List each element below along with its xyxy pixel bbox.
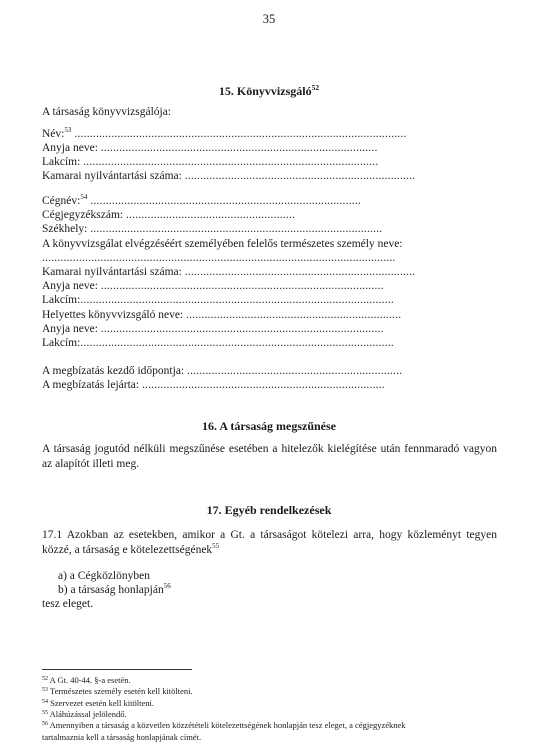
- list-item-text: b) a társaság honlapján: [58, 584, 164, 596]
- field-label: A megbízatás kezdő időpontja:: [42, 365, 187, 377]
- field-label: Kamarai nyilvántartási száma:: [42, 170, 185, 182]
- footnote: 52 A Gt. 40-44. §-a esetén.: [42, 675, 131, 685]
- field-label: Kamarai nyilvántartási száma:: [42, 266, 185, 278]
- section-17-closing: tesz eleget.: [42, 598, 93, 611]
- field-label: Anyja neve:: [42, 142, 101, 154]
- footnote: 55 Aláhúzással jelölendő.: [42, 709, 127, 719]
- footnote-number: 53: [42, 687, 48, 693]
- form-field[interactable]: Anyja neve: ............................…: [42, 142, 378, 155]
- form-field[interactable]: A megbízatás kezdő időpontja: ..........…: [42, 365, 402, 378]
- form-field[interactable]: Helyettes könyvvizsgáló neve: ..........…: [42, 309, 401, 322]
- form-field[interactable]: Kamarai nyilvántartási száma: ..........…: [42, 170, 415, 183]
- footnote-ref: 56: [164, 582, 171, 590]
- fill-in-blank[interactable]: ........................................…: [83, 156, 378, 168]
- field-label: Cégjegyzékszám:: [42, 209, 126, 221]
- form-field[interactable]: Lakcím:.................................…: [42, 294, 394, 307]
- field-label: Lakcím:: [42, 294, 80, 306]
- footnote-number: 56: [42, 721, 48, 727]
- field-label: Név:: [42, 128, 64, 140]
- footnote: 53 Természetes személy esetén kell kitöl…: [42, 686, 193, 696]
- form-field[interactable]: Cégjegyzékszám: ........................…: [42, 209, 295, 222]
- footnote-number: 55: [42, 710, 48, 716]
- form-field[interactable]: Anyja neve: ............................…: [42, 323, 384, 336]
- fill-in-blank[interactable]: ........................................…: [101, 142, 378, 154]
- field-label: Lakcím:: [42, 337, 80, 349]
- list-item-b: b) a társaság honlapján56: [58, 584, 171, 597]
- form-field[interactable]: Cégnév:54 ..............................…: [42, 195, 361, 208]
- form-field[interactable]: A könyvvizsgálat elvégzéséért személyébe…: [42, 238, 403, 251]
- form-field[interactable]: Lakcím:.................................…: [42, 337, 394, 350]
- field-label: Anyja neve:: [42, 323, 101, 335]
- field-label: Anyja neve:: [42, 280, 101, 292]
- footnote-text: A Gt. 40-44. §-a esetén.: [50, 675, 131, 685]
- form-field[interactable]: Székhely: ..............................…: [42, 223, 382, 236]
- footnote-number: 54: [42, 699, 48, 705]
- fill-in-blank[interactable]: ........................................…: [185, 170, 416, 182]
- footnote-text: Aláhúzással jelölendő.: [50, 709, 127, 719]
- fill-in-blank[interactable]: ........................................…: [186, 309, 401, 321]
- form-field[interactable]: Név:53 .................................…: [42, 128, 407, 141]
- field-label: Lakcím:: [42, 156, 83, 168]
- footnote-ref: 52: [312, 83, 320, 92]
- section-15-heading: 15. Könyvvizsgáló52: [0, 84, 538, 99]
- section-17-text: 17.1 Azokban az esetekben, amikor a Gt. …: [42, 529, 497, 556]
- list-item-a: a) a Cégközlönyben: [58, 570, 150, 583]
- fill-in-blank[interactable]: ........................................…: [80, 294, 394, 306]
- fill-in-blank[interactable]: ........................................…: [71, 128, 406, 140]
- section-16-heading: 16. A társaság megszűnése: [0, 419, 538, 434]
- footnote-text: Amennyiben a társaság a közvetlen közzét…: [50, 720, 406, 730]
- fill-in-blank[interactable]: ........................................…: [90, 223, 382, 235]
- field-label: Cégnév:: [42, 195, 80, 207]
- form-field[interactable]: Anyja neve: ............................…: [42, 280, 384, 293]
- list-item-text: a) a Cégközlönyben: [58, 570, 150, 582]
- section-17-body: 17.1 Azokban az esetekben, amikor a Gt. …: [42, 528, 497, 558]
- footnote-text: Természetes személy esetén kell kitölten…: [50, 686, 193, 696]
- footnote-ref: 55: [212, 542, 219, 550]
- fill-in-blank[interactable]: ........................................…: [101, 323, 384, 335]
- footnote-text: Szervezet esetén kell kitölteni.: [50, 698, 154, 708]
- footnote: tartalmaznia kell a társaság honlapjának…: [42, 732, 201, 742]
- section-17-heading: 17. Egyéb rendelkezések: [0, 503, 538, 518]
- footnote: 56 Amennyiben a társaság a közvetlen köz…: [42, 720, 406, 730]
- fill-in-blank[interactable]: ........................................…: [87, 195, 361, 207]
- form-field[interactable]: A megbízatás lejárta: ..................…: [42, 379, 385, 392]
- field-label: Székhely:: [42, 223, 90, 235]
- fill-in-blank[interactable]: ........................................…: [142, 379, 385, 391]
- footnote-text: tartalmaznia kell a társaság honlapjának…: [42, 732, 201, 742]
- footnote-divider: [42, 669, 192, 670]
- footnote: 54 Szervezet esetén kell kitölteni.: [42, 698, 154, 708]
- field-label: Helyettes könyvvizsgáló neve:: [42, 309, 186, 321]
- form-field[interactable]: ........................................…: [42, 252, 396, 265]
- form-field[interactable]: Kamarai nyilvántartási száma: ..........…: [42, 266, 415, 279]
- section-15-intro: A társaság könyvvizsgálója:: [42, 106, 171, 119]
- footnote-number: 52: [42, 676, 48, 682]
- fill-in-blank[interactable]: ........................................…: [80, 337, 394, 349]
- section-16-body: A társaság jogutód nélküli megszűnése es…: [42, 442, 497, 472]
- form-field[interactable]: Lakcím: ................................…: [42, 156, 378, 169]
- section-15-title: 15. Könyvvizsgáló: [219, 84, 312, 98]
- fill-in-blank[interactable]: ........................................…: [187, 365, 402, 377]
- fill-in-blank[interactable]: ........................................…: [101, 280, 384, 292]
- fill-in-blank[interactable]: ........................................…: [42, 252, 396, 264]
- field-label: A könyvvizsgálat elvégzéséért személyébe…: [42, 238, 403, 250]
- field-label: A megbízatás lejárta:: [42, 379, 142, 391]
- fill-in-blank[interactable]: ........................................…: [185, 266, 416, 278]
- page-number: 35: [0, 12, 538, 27]
- fill-in-blank[interactable]: ........................................…: [126, 209, 295, 221]
